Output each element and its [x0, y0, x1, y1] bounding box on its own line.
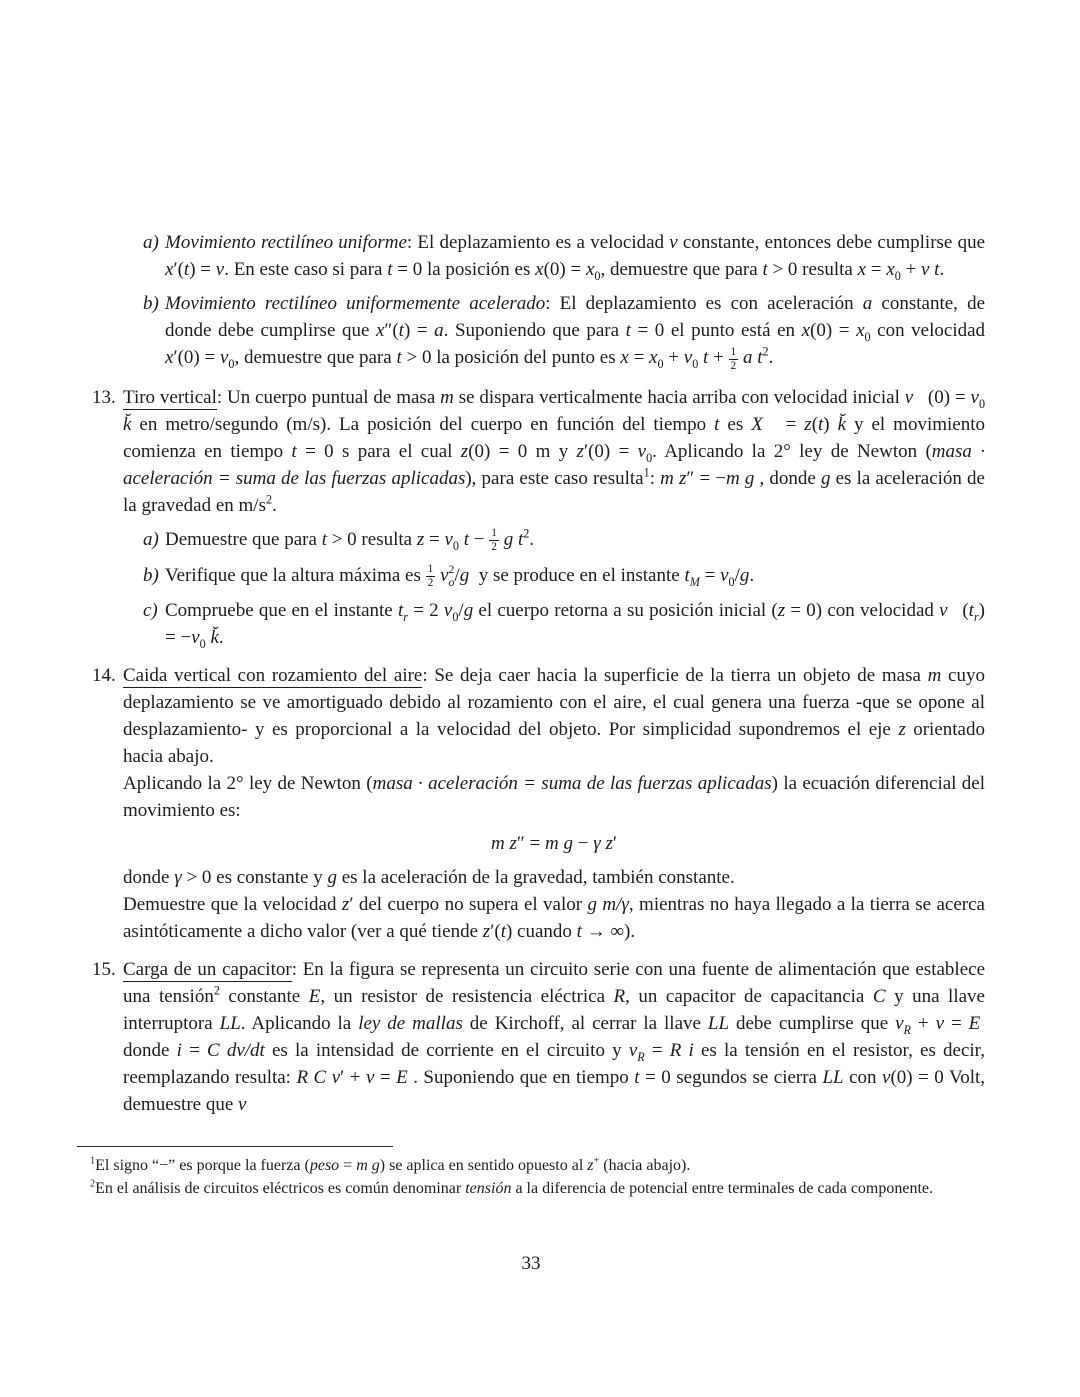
- item-label: b): [143, 562, 159, 589]
- item-label: a): [143, 229, 159, 256]
- problem-text: Tiro vertical: Un cuerpo puntual de masa…: [123, 384, 985, 519]
- footnote-2: 2En el análisis de circuitos eléctricos …: [77, 1177, 985, 1200]
- problem-item-15: 15. Carga de un capacitor: En la figura …: [77, 956, 985, 1118]
- problem-number: 14.: [92, 662, 116, 689]
- document-page: a) Movimiento rectilíneo uniforme: El de…: [0, 0, 1080, 1397]
- item-label: a): [143, 526, 159, 553]
- list-item-b: b) Verifique que la altura máxima es 12 …: [123, 562, 985, 591]
- item-label: b): [143, 290, 159, 317]
- list-item-a: a) Demuestre que para t > 0 resulta z = …: [123, 526, 985, 555]
- list-item-b: b) Movimiento rectilíneo uniformemente a…: [77, 290, 985, 373]
- list-item-c: c) Compruebe que en el instante tr = 2 v…: [123, 597, 985, 651]
- item-text: Demuestre que para t > 0 resulta z = v0 …: [165, 526, 985, 555]
- problem-body: Caida vertical con rozamiento del aire: …: [123, 662, 985, 945]
- item-label: c): [143, 597, 158, 624]
- problem-body: Tiro vertical: Un cuerpo puntual de masa…: [123, 384, 985, 652]
- problem-text-continuation: donde γ > 0 es constante y g es la acele…: [123, 864, 985, 945]
- item-text: Verifique que la altura máxima es 12 v2o…: [165, 562, 985, 591]
- displayed-equation: m z″ = m g − γ z′: [123, 830, 985, 857]
- item-text: Compruebe que en el instante tr = 2 v0/g…: [165, 597, 985, 651]
- problem-number: 13.: [92, 384, 116, 411]
- problem-text: Caida vertical con rozamiento del aire: …: [123, 662, 985, 824]
- problem-number: 15.: [92, 956, 116, 983]
- problem-13-subitem-list: a) Demuestre que para t > 0 resulta z = …: [123, 526, 985, 652]
- list-item-a: a) Movimiento rectilíneo uniforme: El de…: [77, 229, 985, 283]
- page-number: 33: [77, 1253, 985, 1275]
- footnote-1: 1El signo “−” es porque la fuerza (peso …: [77, 1154, 985, 1177]
- intro-subitem-list: a) Movimiento rectilíneo uniforme: El de…: [77, 229, 985, 373]
- footnote-rule: [77, 1146, 393, 1147]
- item-text: Movimiento rectilíneo uniformemente acel…: [165, 290, 985, 373]
- item-text: Movimiento rectilíneo uniforme: El depla…: [165, 229, 985, 283]
- problem-body: Carga de un capacitor: En la figura se r…: [123, 956, 985, 1118]
- problem-text: Carga de un capacitor: En la figura se r…: [123, 956, 985, 1118]
- problem-item-14: 14. Caida vertical con rozamiento del ai…: [77, 662, 985, 945]
- footnotes-section: 1El signo “−” es porque la fuerza (peso …: [77, 1146, 985, 1200]
- text-block: a) Movimiento rectilíneo uniforme: El de…: [77, 229, 985, 1118]
- problem-item-13: 13. Tiro vertical: Un cuerpo puntual de …: [77, 384, 985, 652]
